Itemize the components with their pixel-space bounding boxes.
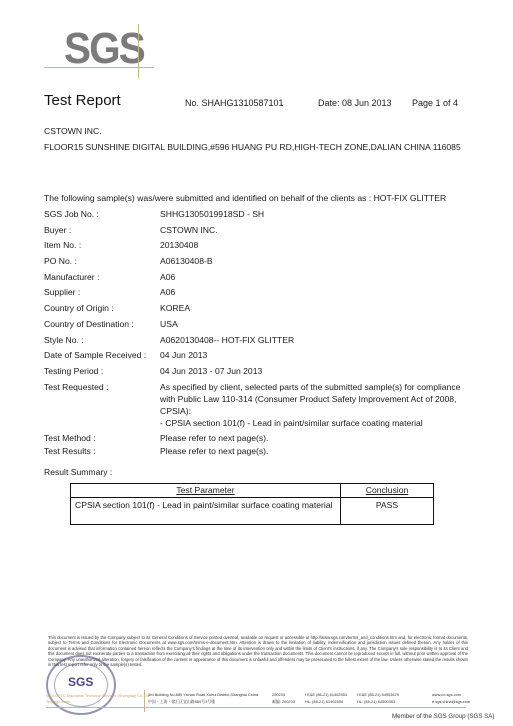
field-value: 04 Jun 2013 bbox=[160, 349, 474, 365]
test-requested-line: CPSIA): bbox=[160, 405, 474, 417]
tel-line: t E&E (86-21) 61402553 bbox=[305, 692, 347, 699]
field-value: SHHG1305019918SD - SH bbox=[160, 208, 474, 224]
field-manufacturer: Manufacturer : A06 bbox=[44, 271, 474, 287]
field-buyer: Buyer : CSTOWN INC. bbox=[44, 224, 474, 240]
company-line: Testing Center bbox=[46, 700, 150, 706]
field-value: Please refer to next page(s). bbox=[160, 445, 474, 461]
field-value: A0620130408-- HOT-FIX GLITTER bbox=[160, 334, 474, 350]
field-testing-period: Testing Period : 04 Jun 2013 - 07 Jun 20… bbox=[44, 365, 474, 381]
field-item-no: Item No. : 20130408 bbox=[44, 239, 474, 255]
field-value: A06 bbox=[160, 271, 474, 287]
field-value: As specified by client, selected parts o… bbox=[160, 381, 474, 429]
field-value: A06130408-B bbox=[160, 255, 474, 271]
footer-address: 3rd Building,No.889 Yishan Road Xuhui Di… bbox=[148, 692, 258, 705]
group-membership: Member of the SGS Group (SGS SA) bbox=[392, 713, 494, 720]
company-line: SGS-CSTC Standards Technical Services (S… bbox=[46, 694, 150, 700]
logo-vertical-rule bbox=[138, 24, 139, 78]
table-header-row: Test Parameter Conclusion bbox=[71, 484, 434, 498]
result-summary-table: Test Parameter Conclusion CPSIA section … bbox=[70, 483, 434, 525]
field-po-no: PO No. : A06130408-B bbox=[44, 255, 474, 271]
field-style-no: Style No. : A0620130408-- HOT-FIX GLITTE… bbox=[44, 334, 474, 350]
field-value: 20130408 bbox=[160, 239, 474, 255]
client-address: FLOOR15 SUNSHINE DIGITAL BUILDING,#596 H… bbox=[44, 142, 461, 152]
page-indicator: Page 1 of 4 bbox=[412, 98, 458, 108]
field-value: CSTOWN INC. bbox=[160, 224, 474, 240]
result-summary-label: Result Summary : bbox=[44, 467, 112, 477]
footer-telephone: t E&E (86-21) 61402553 HL: (86-21) 61402… bbox=[305, 692, 347, 705]
field-label: Test Results : bbox=[44, 445, 160, 461]
field-date-received: Date of Sample Received : 04 Jun 2013 bbox=[44, 349, 474, 365]
tel-line: HL: (86-21) 61402594 bbox=[305, 699, 347, 706]
field-label: SGS Job No. : bbox=[44, 208, 160, 224]
sgs-stamp: SGS bbox=[46, 655, 116, 715]
field-supplier: Supplier : A06 bbox=[44, 286, 474, 302]
test-requested-line: As specified by client, selected parts o… bbox=[160, 381, 474, 393]
fax-line: HL: (86-21) 64500353 bbox=[357, 699, 399, 706]
address-line: 中国・上海・徐汇区宜山路889号3号楼 bbox=[148, 699, 258, 706]
sample-fields: SGS Job No. : SHHG1305019918SD - SH Buye… bbox=[44, 208, 474, 460]
field-label: Date of Sample Received : bbox=[44, 349, 160, 365]
footer-web-contact: www.cn.sgs.com e sgs.china@sgs.com bbox=[432, 692, 470, 705]
footer-fax: f E&E (86-21) 64953679 HL: (86-21) 64500… bbox=[357, 692, 399, 705]
footer-postal-code: 200233 邮编: 200233 bbox=[272, 692, 295, 705]
document-title: Test Report bbox=[44, 92, 121, 109]
footer-rule bbox=[46, 707, 466, 708]
field-label: Supplier : bbox=[44, 286, 160, 302]
email-link[interactable]: e sgs.china@sgs.com bbox=[432, 699, 470, 706]
field-sgs-job-no: SGS Job No. : SHHG1305019918SD - SH bbox=[44, 208, 474, 224]
postal-line: 邮编: 200233 bbox=[272, 699, 295, 706]
field-label: Buyer : bbox=[44, 224, 160, 240]
field-country-of-origin: Country of Origin : KOREA bbox=[44, 302, 474, 318]
footer-company: SGS-CSTC Standards Technical Services (S… bbox=[46, 694, 150, 705]
field-label: Country of Destination : bbox=[44, 318, 160, 334]
field-country-of-destination: Country of Destination : USA bbox=[44, 318, 474, 334]
footer-divider bbox=[144, 690, 145, 712]
field-value: Please refer to next page(s). bbox=[160, 432, 474, 445]
table-row: CPSIA section 101(f) - Lead in paint/sim… bbox=[71, 498, 434, 525]
field-label: Test Requested : bbox=[44, 381, 160, 429]
fax-line: f E&E (86-21) 64953679 bbox=[357, 692, 399, 699]
field-value: KOREA bbox=[160, 302, 474, 318]
column-header-conclusion: Conclusion bbox=[341, 484, 434, 498]
field-label: Item No. : bbox=[44, 239, 160, 255]
report-date: Date: 08 Jun 2013 bbox=[318, 98, 392, 108]
cell-test-parameter: CPSIA section 101(f) - Lead in paint/sim… bbox=[71, 498, 341, 525]
field-label: Test Method : bbox=[44, 432, 160, 445]
legal-disclaimer: This document is issued by the Company s… bbox=[48, 635, 468, 667]
field-test-results: Test Results : Please refer to next page… bbox=[44, 445, 474, 461]
sample-intro: The following sample(s) was/were submitt… bbox=[44, 193, 446, 203]
client-name: CSTOWN INC. bbox=[44, 126, 102, 136]
field-value: USA bbox=[160, 318, 474, 334]
field-label: Testing Period : bbox=[44, 365, 160, 381]
sgs-logo: SGS bbox=[44, 22, 156, 78]
field-test-requested: Test Requested : As specified by client,… bbox=[44, 381, 474, 429]
field-value: A06 bbox=[160, 286, 474, 302]
stamp-text: SGS bbox=[68, 675, 93, 689]
column-header-test-parameter: Test Parameter bbox=[71, 484, 341, 498]
field-value: 04 Jun 2013 - 07 Jun 2013 bbox=[160, 365, 474, 381]
cell-conclusion: PASS bbox=[341, 498, 434, 525]
address-line: 3rd Building,No.889 Yishan Road Xuhui Di… bbox=[148, 692, 258, 699]
test-requested-line: - CPSIA section 101(f) - Lead in paint/s… bbox=[160, 417, 474, 429]
field-label: PO No. : bbox=[44, 255, 160, 271]
report-number: No. SHAHG1310587101 bbox=[185, 98, 284, 108]
field-test-method: Test Method : Please refer to next page(… bbox=[44, 432, 474, 445]
field-label: Manufacturer : bbox=[44, 271, 160, 287]
field-label: Style No. : bbox=[44, 334, 160, 350]
field-label: Country of Origin : bbox=[44, 302, 160, 318]
test-requested-line: with Public Law 110-314 (Consumer Produc… bbox=[160, 393, 474, 405]
